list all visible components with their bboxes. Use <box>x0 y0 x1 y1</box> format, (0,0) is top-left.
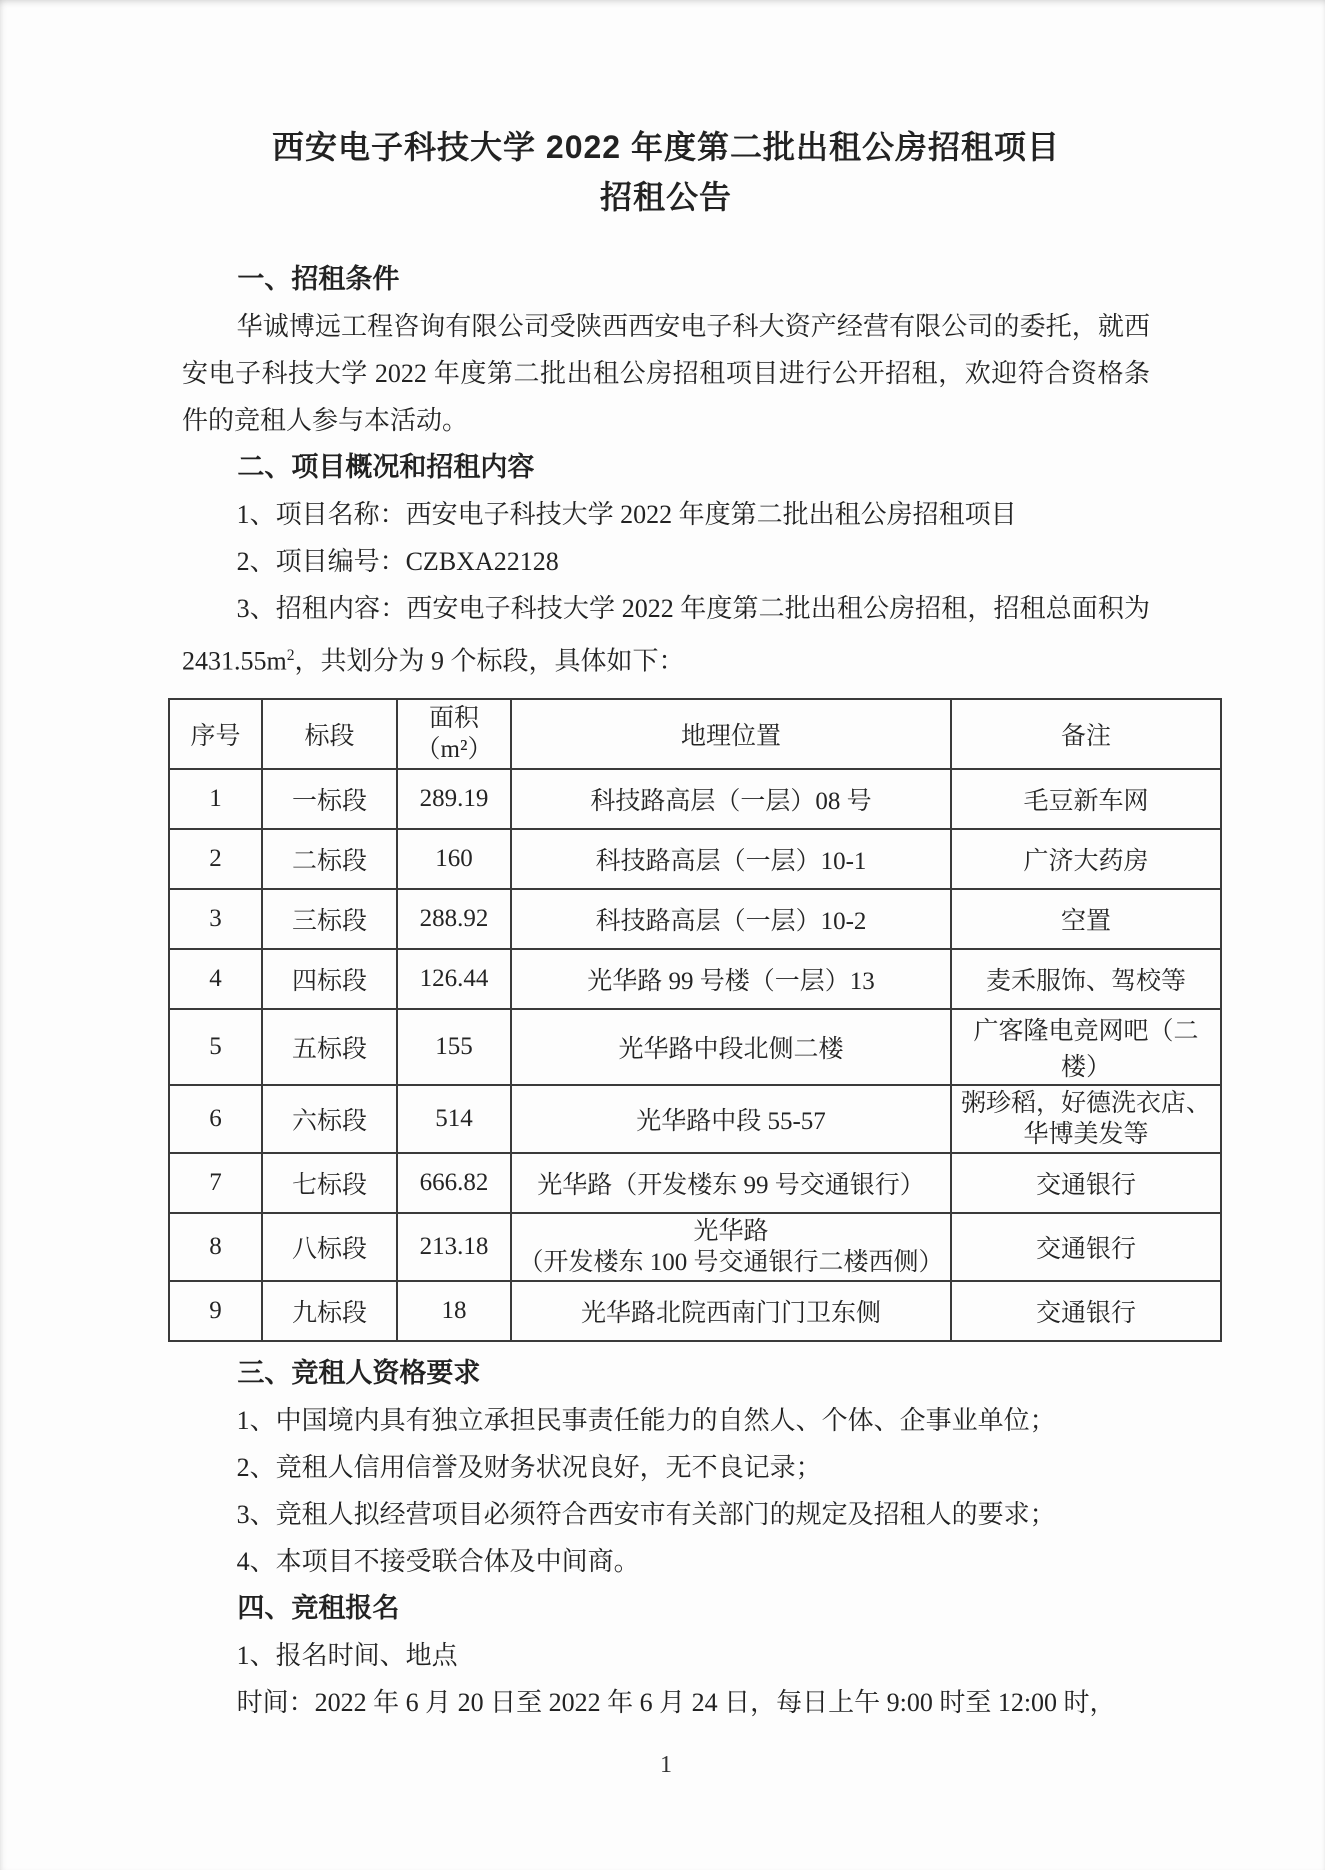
section4-time-line: 时间：2022 年 6 月 20 日至 2022 年 6 月 24 日，每日上午… <box>182 1679 1150 1726</box>
cell-seq: 9 <box>169 1281 262 1341</box>
cell-note: 交通银行 <box>951 1153 1221 1213</box>
square-meter-sup: 2 <box>287 647 295 664</box>
document-content: 西安电子科技大学 2022 年度第二批出租公房招租项目 招租公告 一、招租条件 … <box>0 0 1325 1780</box>
cell-area: 160 <box>397 829 511 889</box>
cell-area: 289.19 <box>397 769 511 829</box>
section1-heading: 一、招租条件 <box>182 256 1150 303</box>
table-row-4: 4 四标段 126.44 光华路 99 号楼（一层）13 麦禾服饰、驾校等 <box>169 949 1221 1009</box>
section3-item-2: 2、竞租人信用信誉及财务状况良好，无不良记录； <box>182 1444 1150 1491</box>
cell-location: 光华路中段 55-57 <box>511 1085 951 1153</box>
section1-paragraph: 华诚博远工程咨询有限公司受陕西西安电子科大资产经营有限公司的委托，就西安电子科技… <box>182 303 1150 444</box>
section3-item-3: 3、竞租人拟经营项目必须符合西安市有关部门的规定及招租人的要求； <box>182 1491 1150 1538</box>
cell-area: 514 <box>397 1085 511 1153</box>
cell-seq: 2 <box>169 829 262 889</box>
page-title-line1: 西安电子科技大学 2022 年度第二批出租公房招租项目 <box>182 122 1150 172</box>
cell-area: 213.18 <box>397 1213 511 1281</box>
table-row-1: 1 一标段 289.19 科技路高层（一层）08 号 毛豆新车网 <box>169 769 1221 829</box>
header-area: 面积 （m²） <box>397 699 511 769</box>
cell-area: 666.82 <box>397 1153 511 1213</box>
cell-section: 二标段 <box>262 829 397 889</box>
cell-area: 18 <box>397 1281 511 1341</box>
cell-seq: 1 <box>169 769 262 829</box>
cell-seq: 8 <box>169 1213 262 1281</box>
section2-item-project-number: 2、项目编号：CZBXA22128 <box>182 538 1150 585</box>
cell-note: 广济大药房 <box>951 829 1221 889</box>
cell-location: 光华路北院西南门门卫东侧 <box>511 1281 951 1341</box>
cell-area: 155 <box>397 1009 511 1085</box>
cell-section: 六标段 <box>262 1085 397 1153</box>
table-header-row: 序号 标段 面积 （m²） 地理位置 备注 <box>169 699 1221 769</box>
cell-location: 光华路 （开发楼东 100 号交通银行二楼西侧） <box>511 1213 951 1281</box>
page-number: 1 <box>182 1750 1150 1780</box>
cell-note: 交通银行 <box>951 1281 1221 1341</box>
section3-item-4: 4、本项目不接受联合体及中间商。 <box>182 1538 1150 1585</box>
table-row-9: 9 九标段 18 光华路北院西南门门卫东侧 交通银行 <box>169 1281 1221 1341</box>
section3-heading: 三、竞租人资格要求 <box>182 1350 1150 1397</box>
cell-location: 光华路（开发楼东 99 号交通银行） <box>511 1153 951 1213</box>
cell-location: 光华路中段北侧二楼 <box>511 1009 951 1085</box>
cell-note-line1: 粥珍稻，好德洗衣店、 <box>958 1088 1214 1119</box>
page-title-line2: 招租公告 <box>182 172 1150 222</box>
document-page: 西安电子科技大学 2022 年度第二批出租公房招租项目 招租公告 一、招租条件 … <box>0 0 1325 1870</box>
cell-location-line1: 光华路 <box>518 1216 944 1247</box>
table-row-5: 5 五标段 155 光华路中段北侧二楼 广客隆电竞网吧（二楼） <box>169 1009 1221 1085</box>
table-row-7: 7 七标段 666.82 光华路（开发楼东 99 号交通银行） 交通银行 <box>169 1153 1221 1213</box>
rent-content-text-tail: ，共划分为 9 个标段，具体如下： <box>295 647 685 676</box>
cell-location: 科技路高层（一层）10-1 <box>511 829 951 889</box>
section4-item-signup: 1、报名时间、地点 <box>182 1632 1150 1679</box>
header-section: 标段 <box>262 699 397 769</box>
cell-note: 麦禾服饰、驾校等 <box>951 949 1221 1009</box>
table-row-2: 2 二标段 160 科技路高层（一层）10-1 广济大药房 <box>169 829 1221 889</box>
cell-seq: 3 <box>169 889 262 949</box>
cell-section: 九标段 <box>262 1281 397 1341</box>
table-row-3: 3 三标段 288.92 科技路高层（一层）10-2 空置 <box>169 889 1221 949</box>
section2-item-project-name: 1、项目名称：西安电子科技大学 2022 年度第二批出租公房招租项目 <box>182 491 1150 538</box>
section4-heading: 四、竞租报名 <box>182 1585 1150 1632</box>
cell-section: 八标段 <box>262 1213 397 1281</box>
cell-seq: 5 <box>169 1009 262 1085</box>
cell-note: 粥珍稻，好德洗衣店、 华博美发等 <box>951 1085 1221 1153</box>
table-row-8: 8 八标段 213.18 光华路 （开发楼东 100 号交通银行二楼西侧） 交通… <box>169 1213 1221 1281</box>
cell-location: 科技路高层（一层）10-2 <box>511 889 951 949</box>
cell-seq: 6 <box>169 1085 262 1153</box>
cell-section: 七标段 <box>262 1153 397 1213</box>
cell-note-line2: 华博美发等 <box>958 1119 1214 1150</box>
cell-location: 科技路高层（一层）08 号 <box>511 769 951 829</box>
section2-item-rent-content: 3、招租内容：西安电子科技大学 2022 年度第二批出租公房招租，招租总面积为 … <box>182 585 1150 685</box>
cell-note: 毛豆新车网 <box>951 769 1221 829</box>
header-note: 备注 <box>951 699 1221 769</box>
section3-item-1: 1、中国境内具有独立承担民事责任能力的自然人、个体、企事业单位； <box>182 1397 1150 1444</box>
cell-note: 交通银行 <box>951 1213 1221 1281</box>
cell-area: 288.92 <box>397 889 511 949</box>
cell-location: 光华路 99 号楼（一层）13 <box>511 949 951 1009</box>
cell-area: 126.44 <box>397 949 511 1009</box>
header-seq: 序号 <box>169 699 262 769</box>
cell-note: 广客隆电竞网吧（二楼） <box>951 1009 1221 1085</box>
cell-seq: 7 <box>169 1153 262 1213</box>
cell-section: 一标段 <box>262 769 397 829</box>
cell-section: 五标段 <box>262 1009 397 1085</box>
header-area-line2: （m²） <box>404 734 504 765</box>
cell-seq: 4 <box>169 949 262 1009</box>
cell-section: 四标段 <box>262 949 397 1009</box>
cell-note: 空置 <box>951 889 1221 949</box>
header-location: 地理位置 <box>511 699 951 769</box>
table-row-6: 6 六标段 514 光华路中段 55-57 粥珍稻，好德洗衣店、 华博美发等 <box>169 1085 1221 1153</box>
header-area-line1: 面积 <box>404 703 504 734</box>
cell-location-line2: （开发楼东 100 号交通银行二楼西侧） <box>518 1247 944 1278</box>
cell-section: 三标段 <box>262 889 397 949</box>
lots-table: 序号 标段 面积 （m²） 地理位置 备注 1 一标段 289.19 科技路高层… <box>168 698 1222 1342</box>
section2-heading: 二、项目概况和招租内容 <box>182 444 1150 491</box>
